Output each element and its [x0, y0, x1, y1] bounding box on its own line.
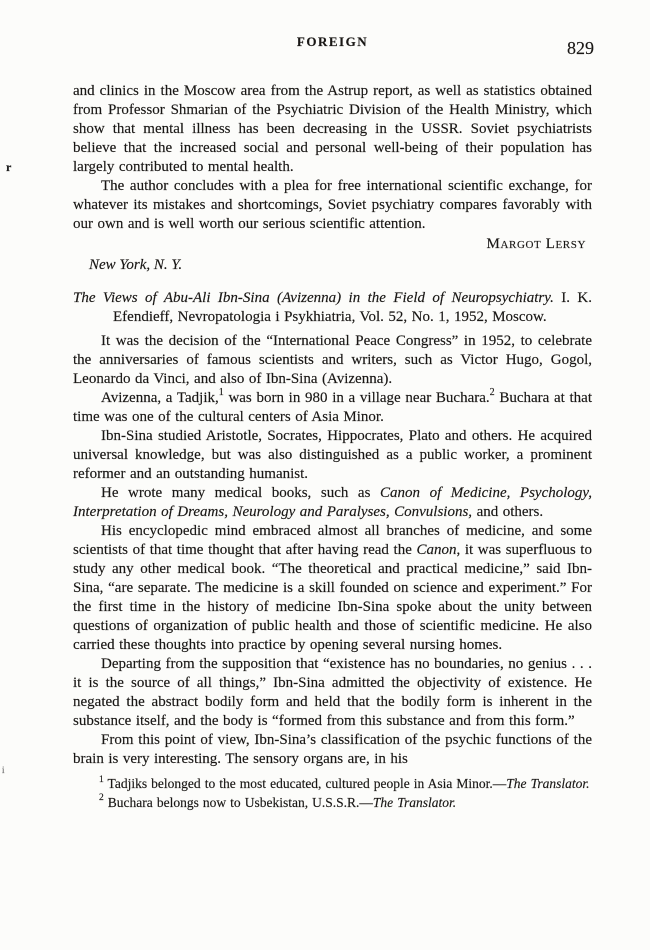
- paragraph: He wrote many medical books, such as Can…: [73, 484, 592, 522]
- text-segment: Buchara belongs now to Usbekistan, U.S.S…: [104, 795, 373, 810]
- running-head: FOREIGN: [73, 34, 592, 50]
- scan-artifact: i: [2, 765, 5, 775]
- text-segment: The Views of Abu-Ali Ibn-Sina (Avizenna)…: [73, 290, 554, 306]
- paragraph: Departing from the supposition that “exi…: [73, 655, 592, 731]
- text-segment: , it was superfluous to study any other …: [73, 542, 592, 653]
- text-segment: Ibn-Sina studied Aristotle, Socrates, Hi…: [73, 428, 592, 482]
- document-page: FOREIGN 829 and clinics in the Moscow ar…: [0, 0, 650, 950]
- author-signature: Margot Lersy: [73, 234, 592, 255]
- paragraph: and clinics in the Moscow area from the …: [73, 82, 592, 177]
- footnote: 2 Buchara belongs now to Usbekistan, U.S…: [73, 794, 592, 813]
- page-header: FOREIGN 829: [73, 34, 592, 56]
- text-segment: and others.: [472, 504, 543, 520]
- page-body: and clinics in the Moscow area from the …: [73, 82, 592, 769]
- footnotes: 1 Tadjiks belonged to the most educated,…: [73, 775, 592, 812]
- footnote-marker: 2: [99, 793, 104, 803]
- text-segment: It was the decision of the “Internationa…: [73, 333, 592, 387]
- text-segment: was born in 980 in a village near Buchar…: [224, 390, 490, 406]
- text-segment: Avizenna, a Tadjik,: [101, 390, 219, 406]
- paragraph: Avizenna, a Tadjik,1 was born in 980 in …: [73, 389, 592, 427]
- paragraph: It was the decision of the “Internationa…: [73, 332, 592, 389]
- text-segment: He wrote many medical books, such as: [101, 485, 380, 501]
- paragraph: From this point of view, Ibn-Sina’s clas…: [73, 731, 592, 769]
- text-segment: The author concludes with a plea for fre…: [73, 178, 592, 232]
- paragraph: Ibn-Sina studied Aristotle, Socrates, Hi…: [73, 427, 592, 484]
- text-segment: Tadjiks belonged to the most educated, c…: [104, 776, 507, 791]
- scan-artifact: r: [6, 160, 11, 175]
- text-segment: From this point of view, Ibn-Sina’s clas…: [73, 732, 592, 767]
- footnote-reference: 2: [490, 387, 495, 398]
- paragraph: The author concludes with a plea for fre…: [73, 177, 592, 234]
- text-segment: Canon: [416, 542, 456, 558]
- footnote-marker: 1: [99, 775, 104, 785]
- paragraph: His encyclopedic mind embraced almost al…: [73, 522, 592, 655]
- author-location: New York, N. Y.: [73, 255, 592, 276]
- text-segment: The Translator.: [373, 795, 456, 810]
- article-reference: The Views of Abu-Ali Ibn-Sina (Avizenna)…: [73, 289, 592, 327]
- footnote: 1 Tadjiks belonged to the most educated,…: [73, 775, 592, 794]
- text-segment: and clinics in the Moscow area from the …: [73, 83, 592, 175]
- page-number: 829: [567, 38, 594, 59]
- text-segment: Departing from the supposition that “exi…: [73, 656, 592, 729]
- footnote-reference: 1: [219, 387, 224, 398]
- text-segment: The Translator.: [506, 776, 589, 791]
